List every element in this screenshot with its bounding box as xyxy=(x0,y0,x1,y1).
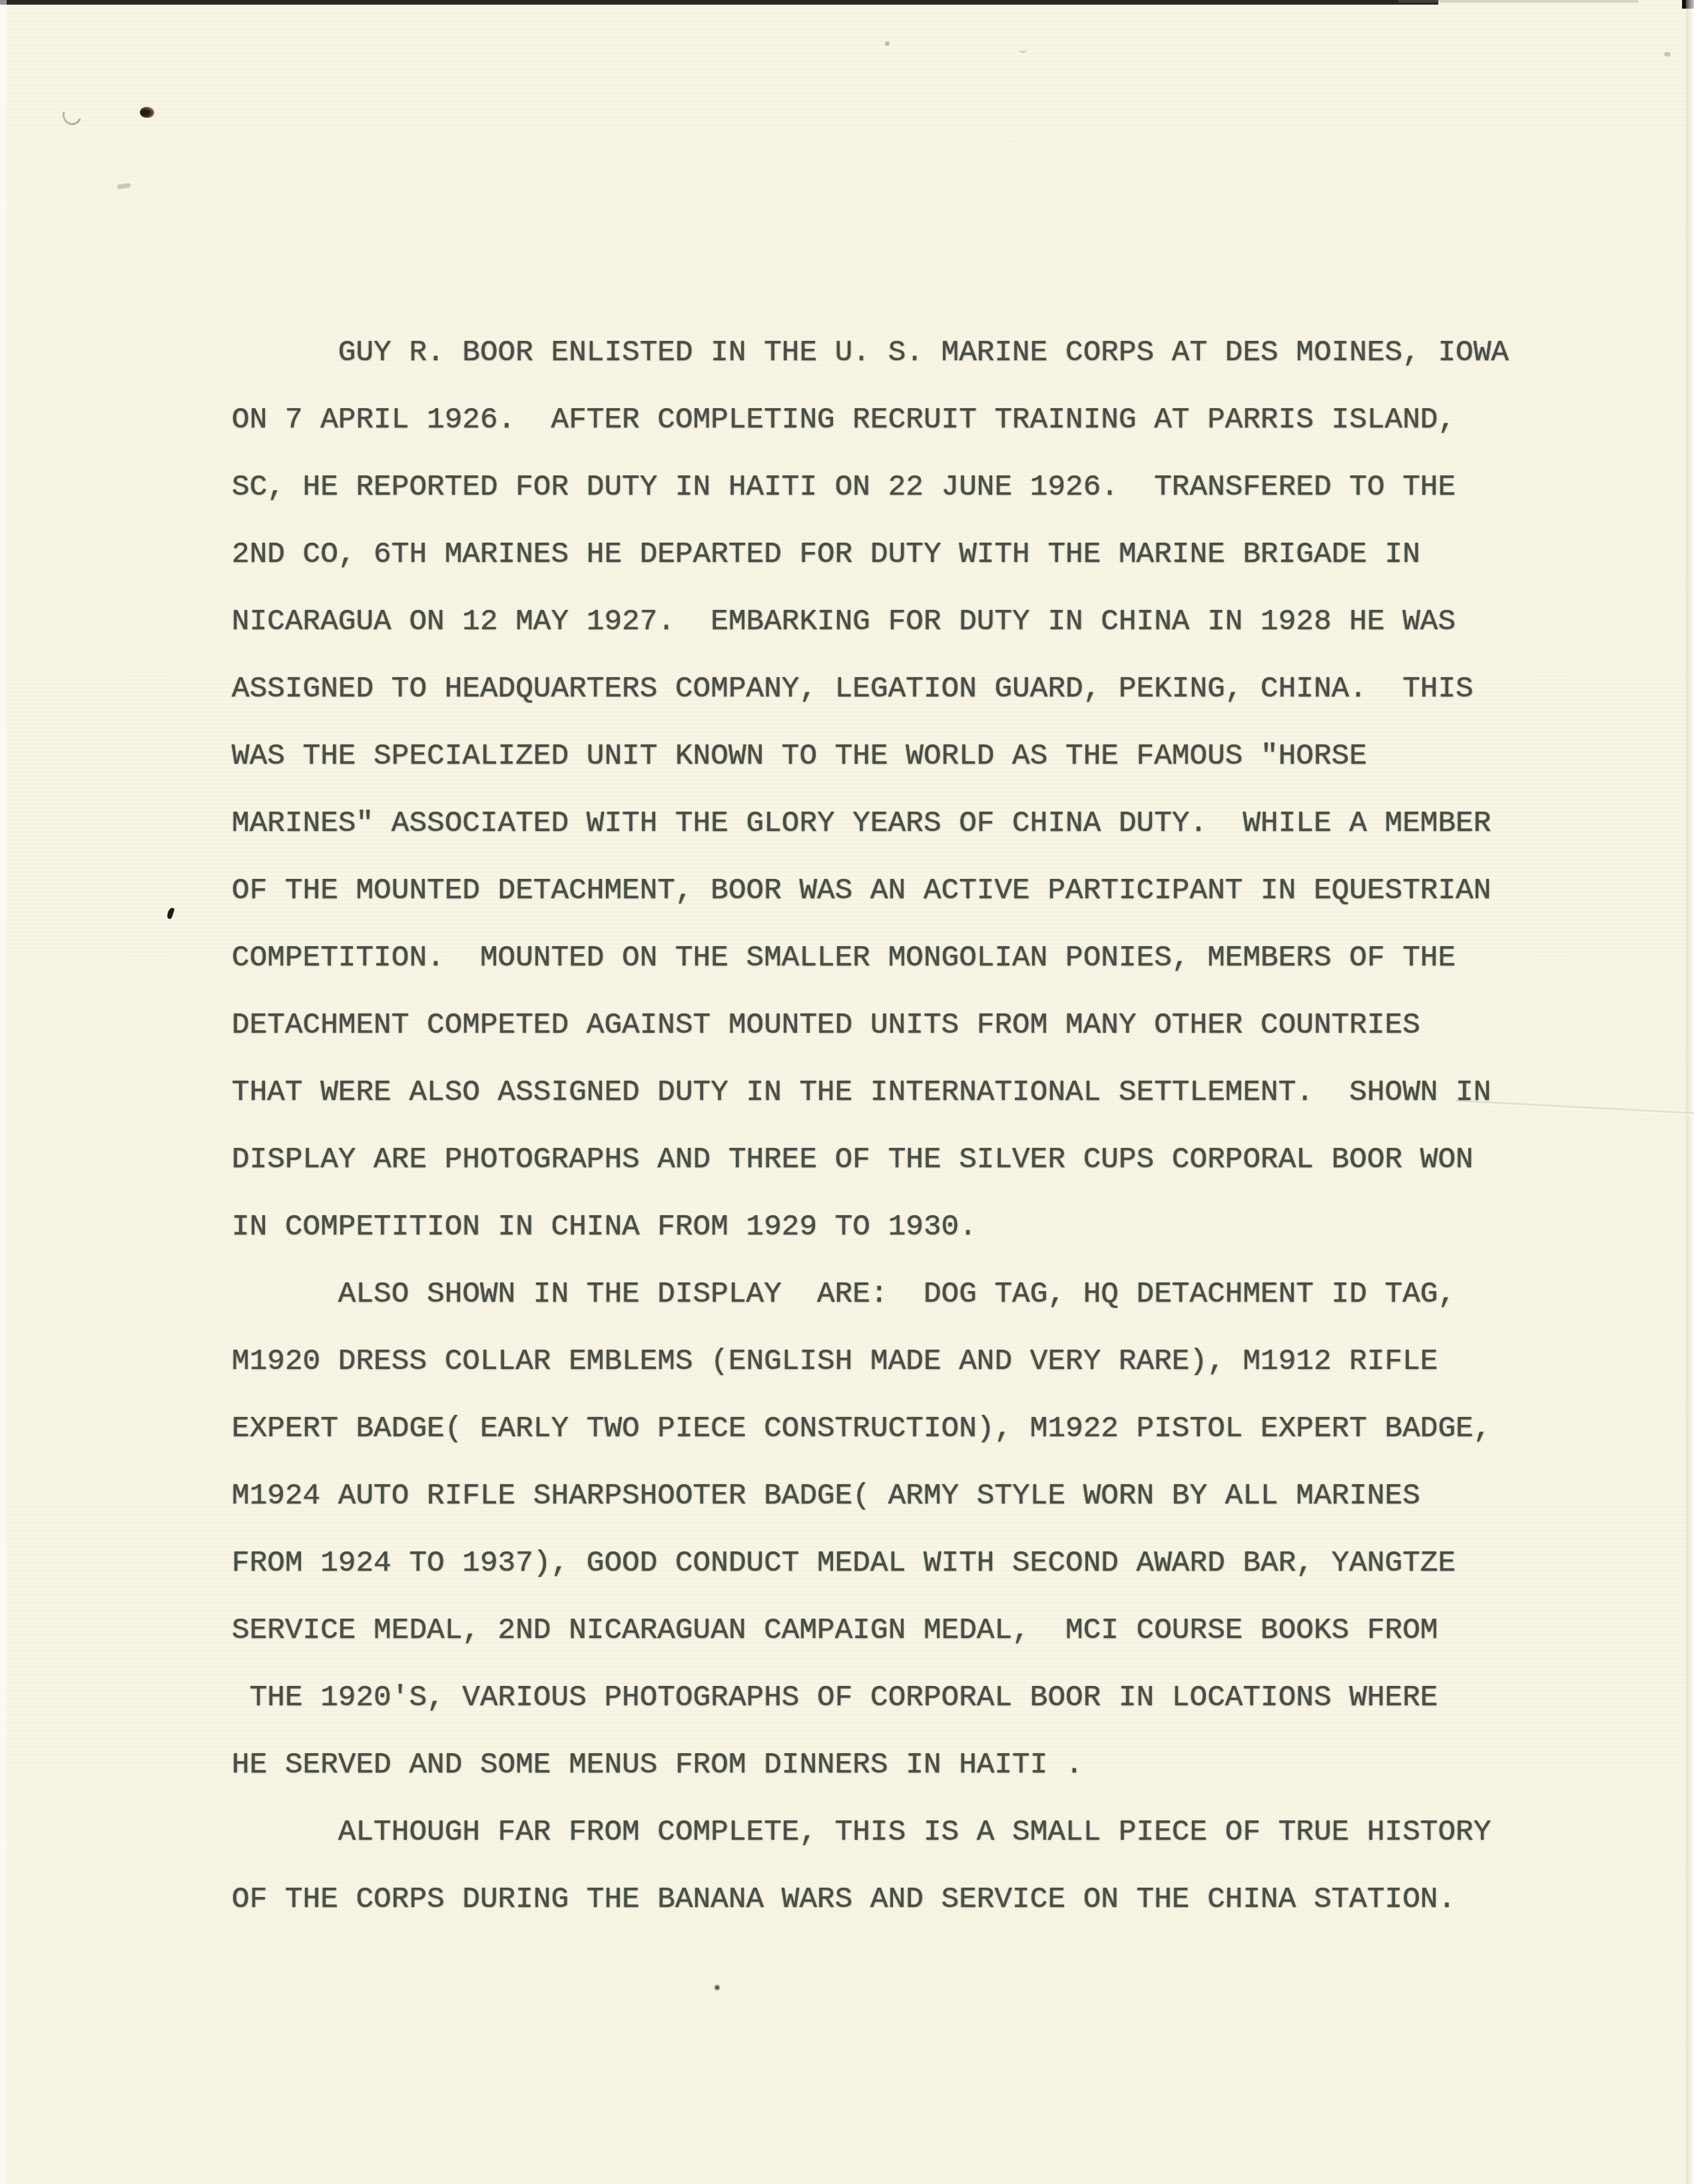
scan-corner-blob xyxy=(1682,0,1694,9)
typed-line: M1924 AUTO RIFLE SHARPSHOOTER BADGE( ARM… xyxy=(232,1463,1509,1530)
scan-edge-top-faint-strip xyxy=(1398,0,1638,3)
scanned-document-page: GUY R. BOOR ENLISTED IN THE U. S. MARINE… xyxy=(0,0,1694,2184)
typed-line: HE SERVED AND SOME MENUS FROM DINNERS IN… xyxy=(232,1732,1509,1799)
typed-line: EXPERT BADGE( EARLY TWO PIECE CONSTRUCTI… xyxy=(232,1396,1509,1463)
typed-line: OF THE CORPS DURING THE BANANA WARS AND … xyxy=(232,1866,1509,1934)
typed-line: NICARAGUA ON 12 MAY 1927. EMBARKING FOR … xyxy=(232,589,1509,656)
typed-line: ASSIGNED TO HEADQUARTERS COMPANY, LEGATI… xyxy=(232,656,1509,723)
typed-line: ON 7 APRIL 1926. AFTER COMPLETING RECRUI… xyxy=(232,387,1509,454)
paper-speck xyxy=(885,41,890,46)
scan-edge-top-strip xyxy=(0,0,1438,5)
scan-edge-left-strip xyxy=(0,0,7,2184)
typed-line: COMPETITION. MOUNTED ON THE SMALLER MONG… xyxy=(232,925,1509,992)
paper-speck xyxy=(714,1984,720,1991)
stray-ink-mark xyxy=(166,907,175,920)
typed-line: SC, HE REPORTED FOR DUTY IN HAITI ON 22 … xyxy=(232,454,1509,521)
typed-line: M1920 DRESS COLLAR EMBLEMS (ENGLISH MADE… xyxy=(232,1328,1509,1396)
typed-line: 2ND CO, 6TH MARINES HE DEPARTED FOR DUTY… xyxy=(232,521,1509,589)
typed-line: GUY R. BOOR ENLISTED IN THE U. S. MARINE… xyxy=(232,320,1509,387)
scan-edge-right-strip xyxy=(1686,0,1694,2184)
typed-line: DISPLAY ARE PHOTOGRAPHS AND THREE OF THE… xyxy=(232,1127,1509,1194)
typed-line: MARINES" ASSOCIATED WITH THE GLORY YEARS… xyxy=(232,790,1509,858)
paper-speck xyxy=(1664,52,1671,57)
paper-speck xyxy=(1019,47,1027,53)
typed-line: OF THE MOUNTED DETACHMENT, BOOR WAS AN A… xyxy=(232,858,1509,925)
typed-line: IN COMPETITION IN CHINA FROM 1929 TO 193… xyxy=(232,1194,1509,1261)
typed-line: FROM 1924 TO 1937), GOOD CONDUCT MEDAL W… xyxy=(232,1530,1509,1597)
paper-speck xyxy=(117,183,131,190)
typed-line: WAS THE SPECIALIZED UNIT KNOWN TO THE WO… xyxy=(232,723,1509,790)
typed-line: THE 1920'S, VARIOUS PHOTOGRAPHS OF CORPO… xyxy=(232,1665,1509,1732)
paper-speck xyxy=(59,102,85,128)
paper-speck xyxy=(140,107,154,118)
typed-text-block: GUY R. BOOR ENLISTED IN THE U. S. MARINE… xyxy=(232,320,1509,1934)
typed-line: DETACHMENT COMPETED AGAINST MOUNTED UNIT… xyxy=(232,992,1509,1059)
typed-line: THAT WERE ALSO ASSIGNED DUTY IN THE INTE… xyxy=(232,1059,1509,1127)
typed-line: ALSO SHOWN IN THE DISPLAY ARE: DOG TAG, … xyxy=(232,1261,1509,1328)
typed-line: SERVICE MEDAL, 2ND NICARAGUAN CAMPAIGN M… xyxy=(232,1597,1509,1665)
typed-line: ALTHOUGH FAR FROM COMPLETE, THIS IS A SM… xyxy=(232,1799,1509,1866)
